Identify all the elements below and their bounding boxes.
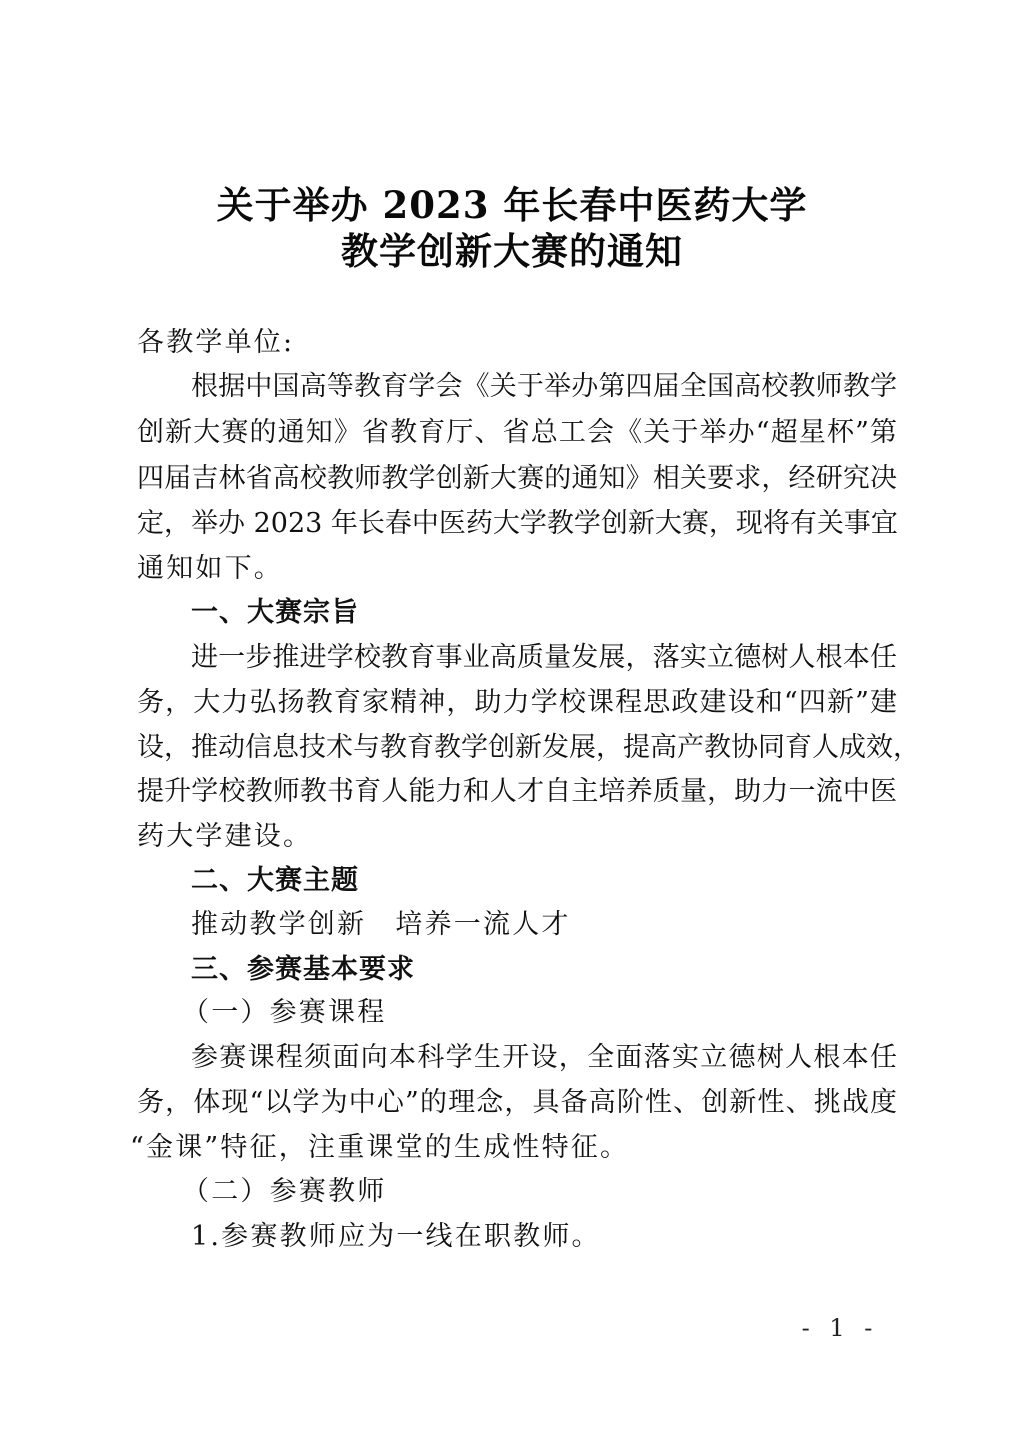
purpose-paragraph-line: 务，大力弘扬教育家精神，助力学校课程思政建设和“四新”建 [137,686,897,720]
purpose-paragraph-line: 药大学建设。 [137,820,897,854]
intro-paragraph-line: 根据中国高等教育学会《关于举办第四届全国高校教师教学 [191,370,897,404]
salutation: 各教学单位: [137,326,897,360]
intro-paragraph-line: 通知如下。 [137,552,897,586]
section-heading-theme: 二、大赛主题 [191,864,897,898]
intro-paragraph-line: 四届吉林省高校教师教学创新大赛的通知》相关要求，经研究决 [137,462,897,496]
document-title-line-2: 教学创新大赛的通知 [0,229,1024,273]
purpose-paragraph-line: 提升学校教师教书育人能力和人才自主培养质量，助力一流中医 [137,775,897,809]
purpose-paragraph-line: 进一步推进学校教育事业高质量发展，落实立德树人根本任 [191,641,897,675]
page-number: - 1 - [800,1313,880,1343]
document-title-line-1: 关于举办 2023 年长春中医药大学 [0,183,1024,227]
section-heading-purpose: 一、大赛宗旨 [191,596,897,630]
subsection-heading-courses: （一）参赛课程 [182,996,942,1030]
section-heading-requirements: 三、参赛基本要求 [191,953,897,987]
subsection-heading-teachers: （二）参赛教师 [182,1175,942,1209]
document-page: 关于举办 2023 年长春中医药大学 教学创新大赛的通知 各教学单位: 根据中国… [0,0,1024,1448]
courses-paragraph-line: 参赛课程须面向本科学生开设，全面落实立德树人根本任 [191,1041,897,1075]
intro-paragraph-line: 定，举办 2023 年长春中医药大学教学创新大赛，现将有关事宜 [137,507,897,541]
courses-paragraph-line: 务，体现“以学为中心”的理念，具备高阶性、创新性、挑战度 [137,1086,897,1120]
purpose-paragraph-line: 设，推动信息技术与教育教学创新发展，提高产教协同育人成效， [137,731,897,765]
intro-paragraph-line: 创新大赛的通知》省教育厅、省总工会《关于举办“超星杯”第 [137,416,897,450]
courses-paragraph-line: “金课”特征，注重课堂的生成性特征。 [130,1131,890,1165]
teachers-item-1: 1.参赛教师应为一线在职教师。 [191,1220,897,1254]
theme-text: 推动教学创新 培养一流人才 [191,908,897,942]
